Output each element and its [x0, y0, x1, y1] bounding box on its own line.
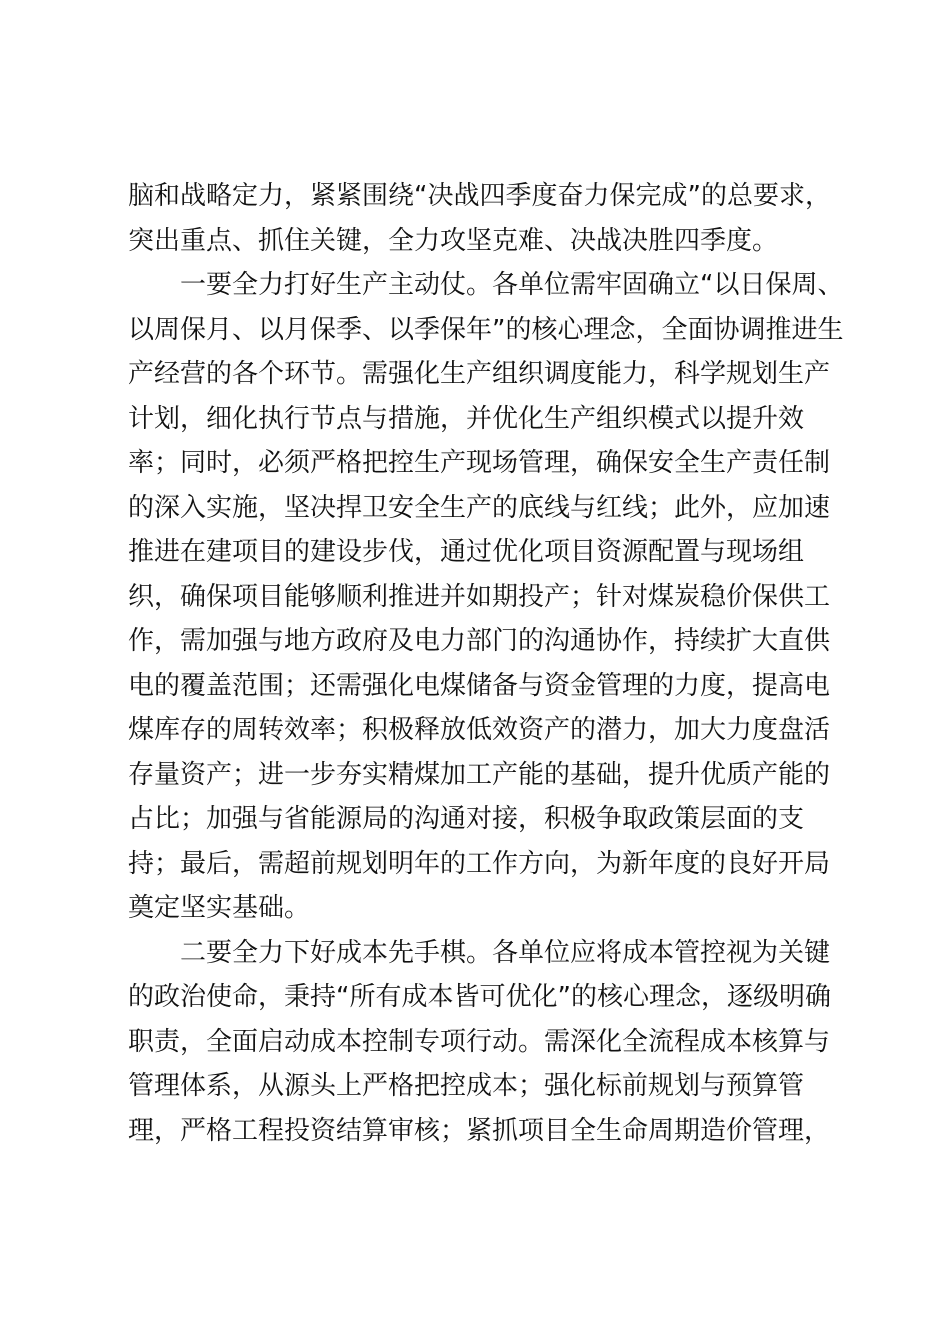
- text-line: 织，确保项目能够顺利推进并如期投产；针对煤炭稳价保供工: [128, 575, 828, 620]
- text-line: 管理体系，从源头上严格把控成本；强化标前规划与预算管: [128, 1064, 828, 1109]
- text-line: 推进在建项目的建设步伐，通过优化项目资源配置与现场组: [128, 530, 828, 575]
- text-line: 作，需加强与地方政府及电力部门的沟通协作，持续扩大直供: [128, 619, 828, 664]
- paragraph-first-line: 一要全力打好生产主动仗。各单位需牢固确立“以日保周、: [128, 263, 828, 308]
- text-line: 突出重点、抓住关键，全力攻坚克难、决战决胜四季度。: [128, 219, 828, 264]
- text-line: 存量资产；进一步夯实精煤加工产能的基础，提升优质产能的: [128, 753, 828, 798]
- text-line: 的深入实施，坚决捍卫安全生产的底线与红线；此外，应加速: [128, 486, 828, 531]
- paragraph-point-one-production: 一要全力打好生产主动仗。各单位需牢固确立“以日保周、 以周保月、以月保季、以季保…: [128, 263, 828, 931]
- document-page: 脑和战略定力，紧紧围绕“决战四季度奋力保完成”的总要求， 突出重点、抓住关键，全…: [0, 0, 950, 1344]
- body-text: 脑和战略定力，紧紧围绕“决战四季度奋力保完成”的总要求， 突出重点、抓住关键，全…: [128, 174, 828, 1153]
- paragraph-point-two-cost: 二要全力下好成本先手棋。各单位应将成本管控视为关键 的政治使命，秉持“所有成本皆…: [128, 931, 828, 1154]
- text-line: 电的覆盖范围；还需强化电煤储备与资金管理的力度，提高电: [128, 664, 828, 709]
- text-line: 以周保月、以月保季、以季保年”的核心理念，全面协调推进生: [128, 308, 828, 353]
- text-line: 产经营的各个环节。需强化生产组织调度能力，科学规划生产: [128, 352, 828, 397]
- text-line: 煤库存的周转效率；积极释放低效资产的潜力，加大力度盘活: [128, 708, 828, 753]
- text-line: 持；最后，需超前规划明年的工作方向，为新年度的良好开局: [128, 842, 828, 887]
- text-line: 占比；加强与省能源局的沟通对接，积极争取政策层面的支: [128, 797, 828, 842]
- text-line: 理，严格工程投资结算审核；紧抓项目全生命周期造价管理，: [128, 1109, 828, 1154]
- text-line: 计划，细化执行节点与措施，并优化生产组织模式以提升效: [128, 397, 828, 442]
- text-line: 脑和战略定力，紧紧围绕“决战四季度奋力保完成”的总要求，: [128, 174, 828, 219]
- text-line: 的政治使命，秉持“所有成本皆可优化”的核心理念，逐级明确: [128, 975, 828, 1020]
- paragraph-first-line: 二要全力下好成本先手棋。各单位应将成本管控视为关键: [128, 931, 828, 976]
- text-line: 率；同时，必须严格把控生产现场管理，确保安全生产责任制: [128, 441, 828, 486]
- text-line: 职责，全面启动成本控制专项行动。需深化全流程成本核算与: [128, 1020, 828, 1065]
- paragraph-intro-continuation: 脑和战略定力，紧紧围绕“决战四季度奋力保完成”的总要求， 突出重点、抓住关键，全…: [128, 174, 828, 263]
- text-line: 奠定坚实基础。: [128, 886, 828, 931]
